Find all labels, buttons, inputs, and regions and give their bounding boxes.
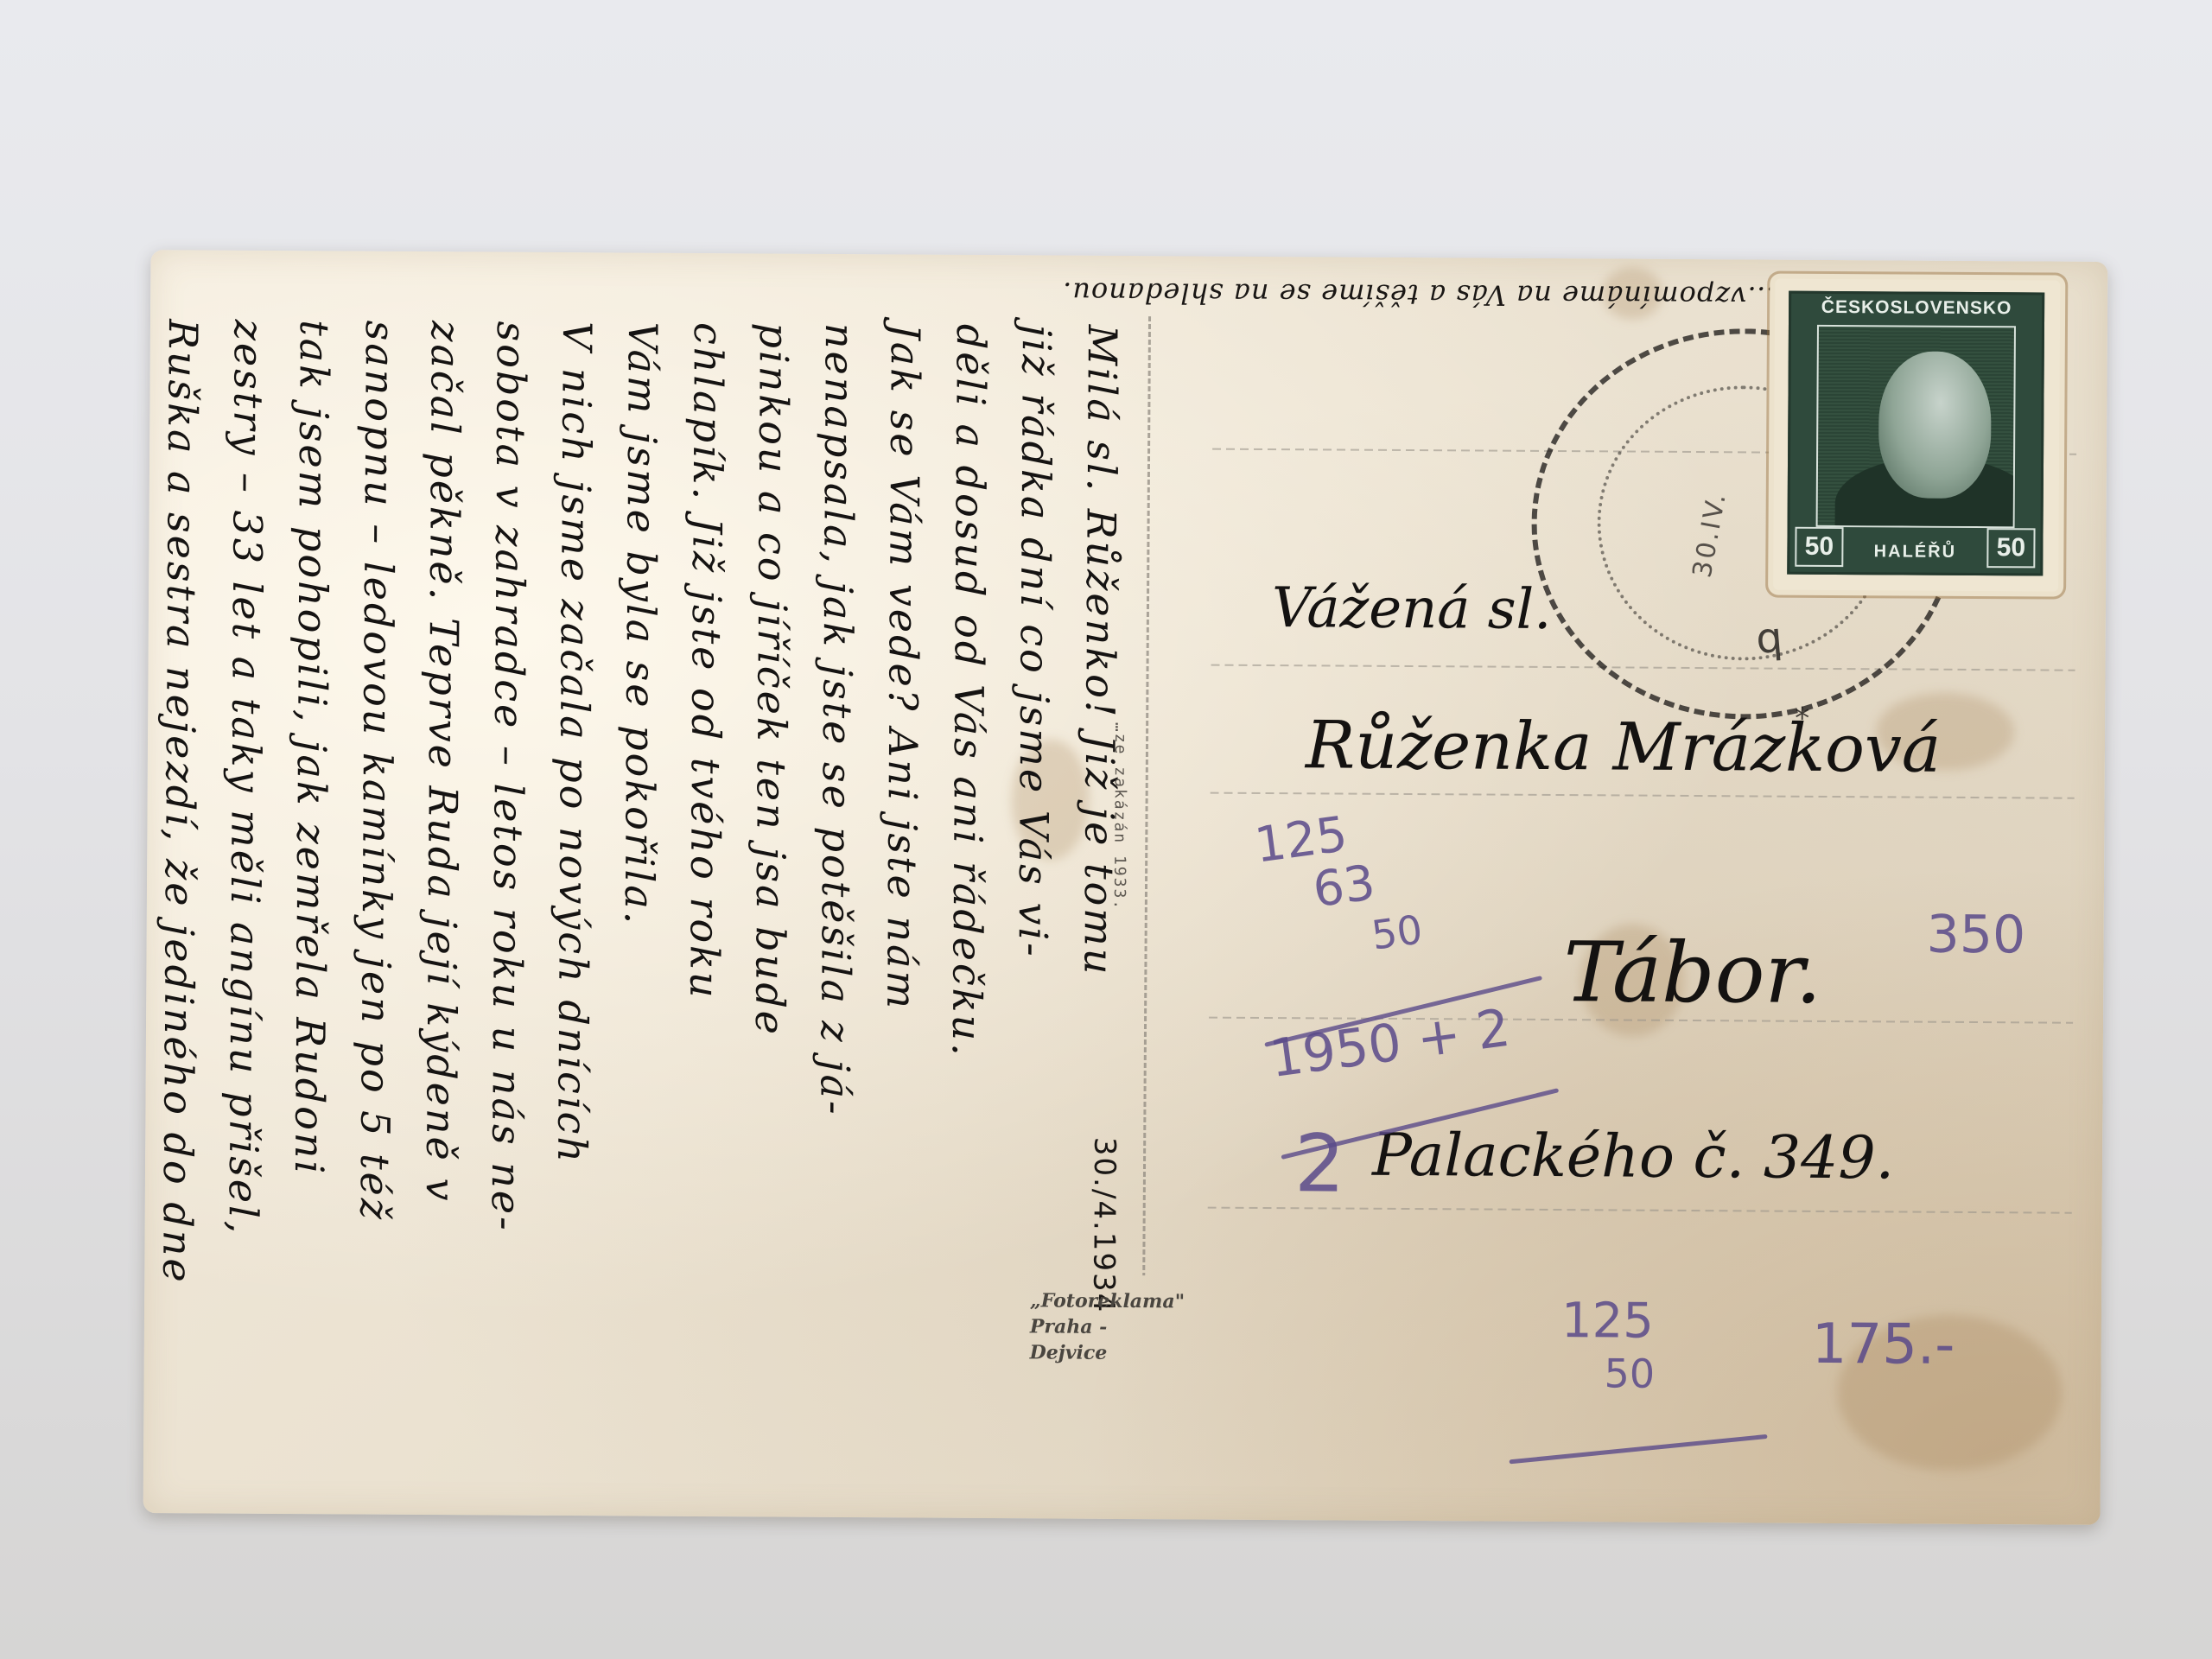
stamp-country: ČESKOSLOVENSKO	[1791, 297, 2042, 320]
publisher-name: „Fotoreklama"	[1030, 1287, 1185, 1314]
address-guide-lines	[150, 250, 2107, 262]
pencil-underline	[1510, 1434, 1768, 1465]
portrait-head	[1878, 351, 1992, 499]
upside-down-message-line: …vzpomínáme na Vás a těšíme se na shleda…	[349, 272, 1775, 314]
message-area: …vzpomínáme na Vás a těšíme se na shleda…	[161, 267, 1145, 1500]
message-line: Vám jsme byla se pokořila.	[603, 321, 676, 1479]
pencil-number: 50	[1369, 903, 1426, 961]
stamp-value-right: 50	[1986, 528, 2035, 568]
pencil-bottom-left: 125 50	[1560, 1295, 1655, 1400]
written-date: 30./4.1934	[1086, 1137, 1122, 1314]
pencil-number: 50	[1604, 1347, 1655, 1399]
publisher-imprint: „Fotoreklama" Praha - Dejvice	[1030, 1287, 1185, 1366]
message-line: Ruška a sestra nejezdí, že jediného do d…	[143, 319, 216, 1477]
message-line: děli a dosud od Vás ani řádečku.	[931, 324, 1004, 1482]
message-line: sanopnu – ledovou kamínky jen po 5 též	[340, 320, 413, 1478]
pencil-number: 125	[1561, 1295, 1656, 1348]
message-line: zestry – 33 let a taky měli angínu přiše…	[209, 320, 282, 1478]
postage-stamp: ČESKOSLOVENSKO 50 HALÉŘŮ 50	[1773, 279, 2060, 592]
publisher-location: Praha - Dejvice	[1030, 1313, 1185, 1366]
message-line: začal pěkně. Teprve Ruda její kýdeně v	[406, 321, 479, 1478]
printed-reprint-notice: …ze zakázán 1933.	[1110, 722, 1129, 911]
pencil-calc-bottom: 2	[1294, 1138, 1345, 1190]
message-line: tak jsem pohopili, jak zemřela Rudoni	[275, 320, 347, 1478]
address-guide-line	[1211, 792, 2075, 799]
message-line: chlapík. Již jste od tvého roku	[669, 322, 741, 1480]
recipient-street: Palackého č. 349.	[1372, 1122, 1895, 1193]
message-line: sobota v zahradce – letos roku u nás ne-	[472, 321, 544, 1478]
recipient-city: Tábor.	[1563, 924, 1822, 1022]
message-line: Jak se Vám vede? Ani jste nám	[866, 323, 938, 1481]
stamp-frame: ČESKOSLOVENSKO 50 HALÉŘŮ 50	[1787, 291, 2044, 576]
message-line: pinkou a co jíříček ten jsa bude	[734, 322, 807, 1480]
message-line: nenapsala, jak jste se potěšila z já-	[800, 323, 873, 1481]
message-line: V nich jsme začala po nových dnících	[537, 321, 610, 1479]
handwritten-message: Milá sl. Růženko! Již je tomu již řádka …	[161, 319, 1153, 1483]
pencil-calc-top: 125 63 50	[1252, 800, 1426, 975]
pencil-bottom-right: 175.-	[1812, 1319, 1955, 1371]
recipient-name: Růženka Mrázková	[1306, 706, 1942, 786]
postmark-serial-letter: b	[1755, 618, 1785, 668]
pencil-right-value: 350	[1927, 909, 2026, 962]
postcard-back: …vzpomínáme na Vás a těšíme se na shleda…	[143, 250, 2108, 1525]
address-salutation: Vážená sl.	[1272, 576, 1552, 642]
pencil-calc-result: 1950 + 2	[1267, 1002, 1513, 1086]
stamp-portrait-icon	[1816, 325, 2016, 528]
